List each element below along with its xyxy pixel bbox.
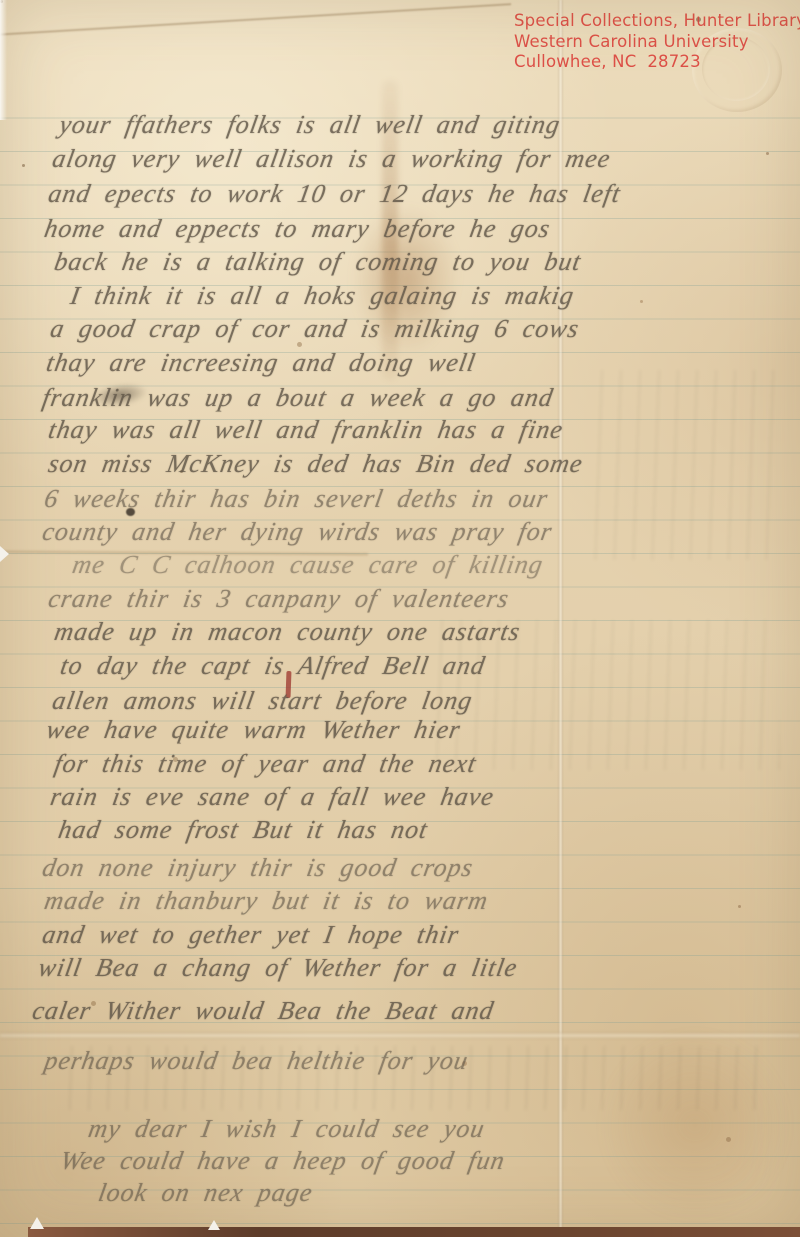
left-paper-edge: [0, 0, 7, 120]
edge-shading: [0, 0, 800, 1237]
bottom-paper-edge: [28, 1227, 800, 1237]
scanned-letter-page: Special Collections, Hunter Library West…: [0, 0, 800, 1237]
